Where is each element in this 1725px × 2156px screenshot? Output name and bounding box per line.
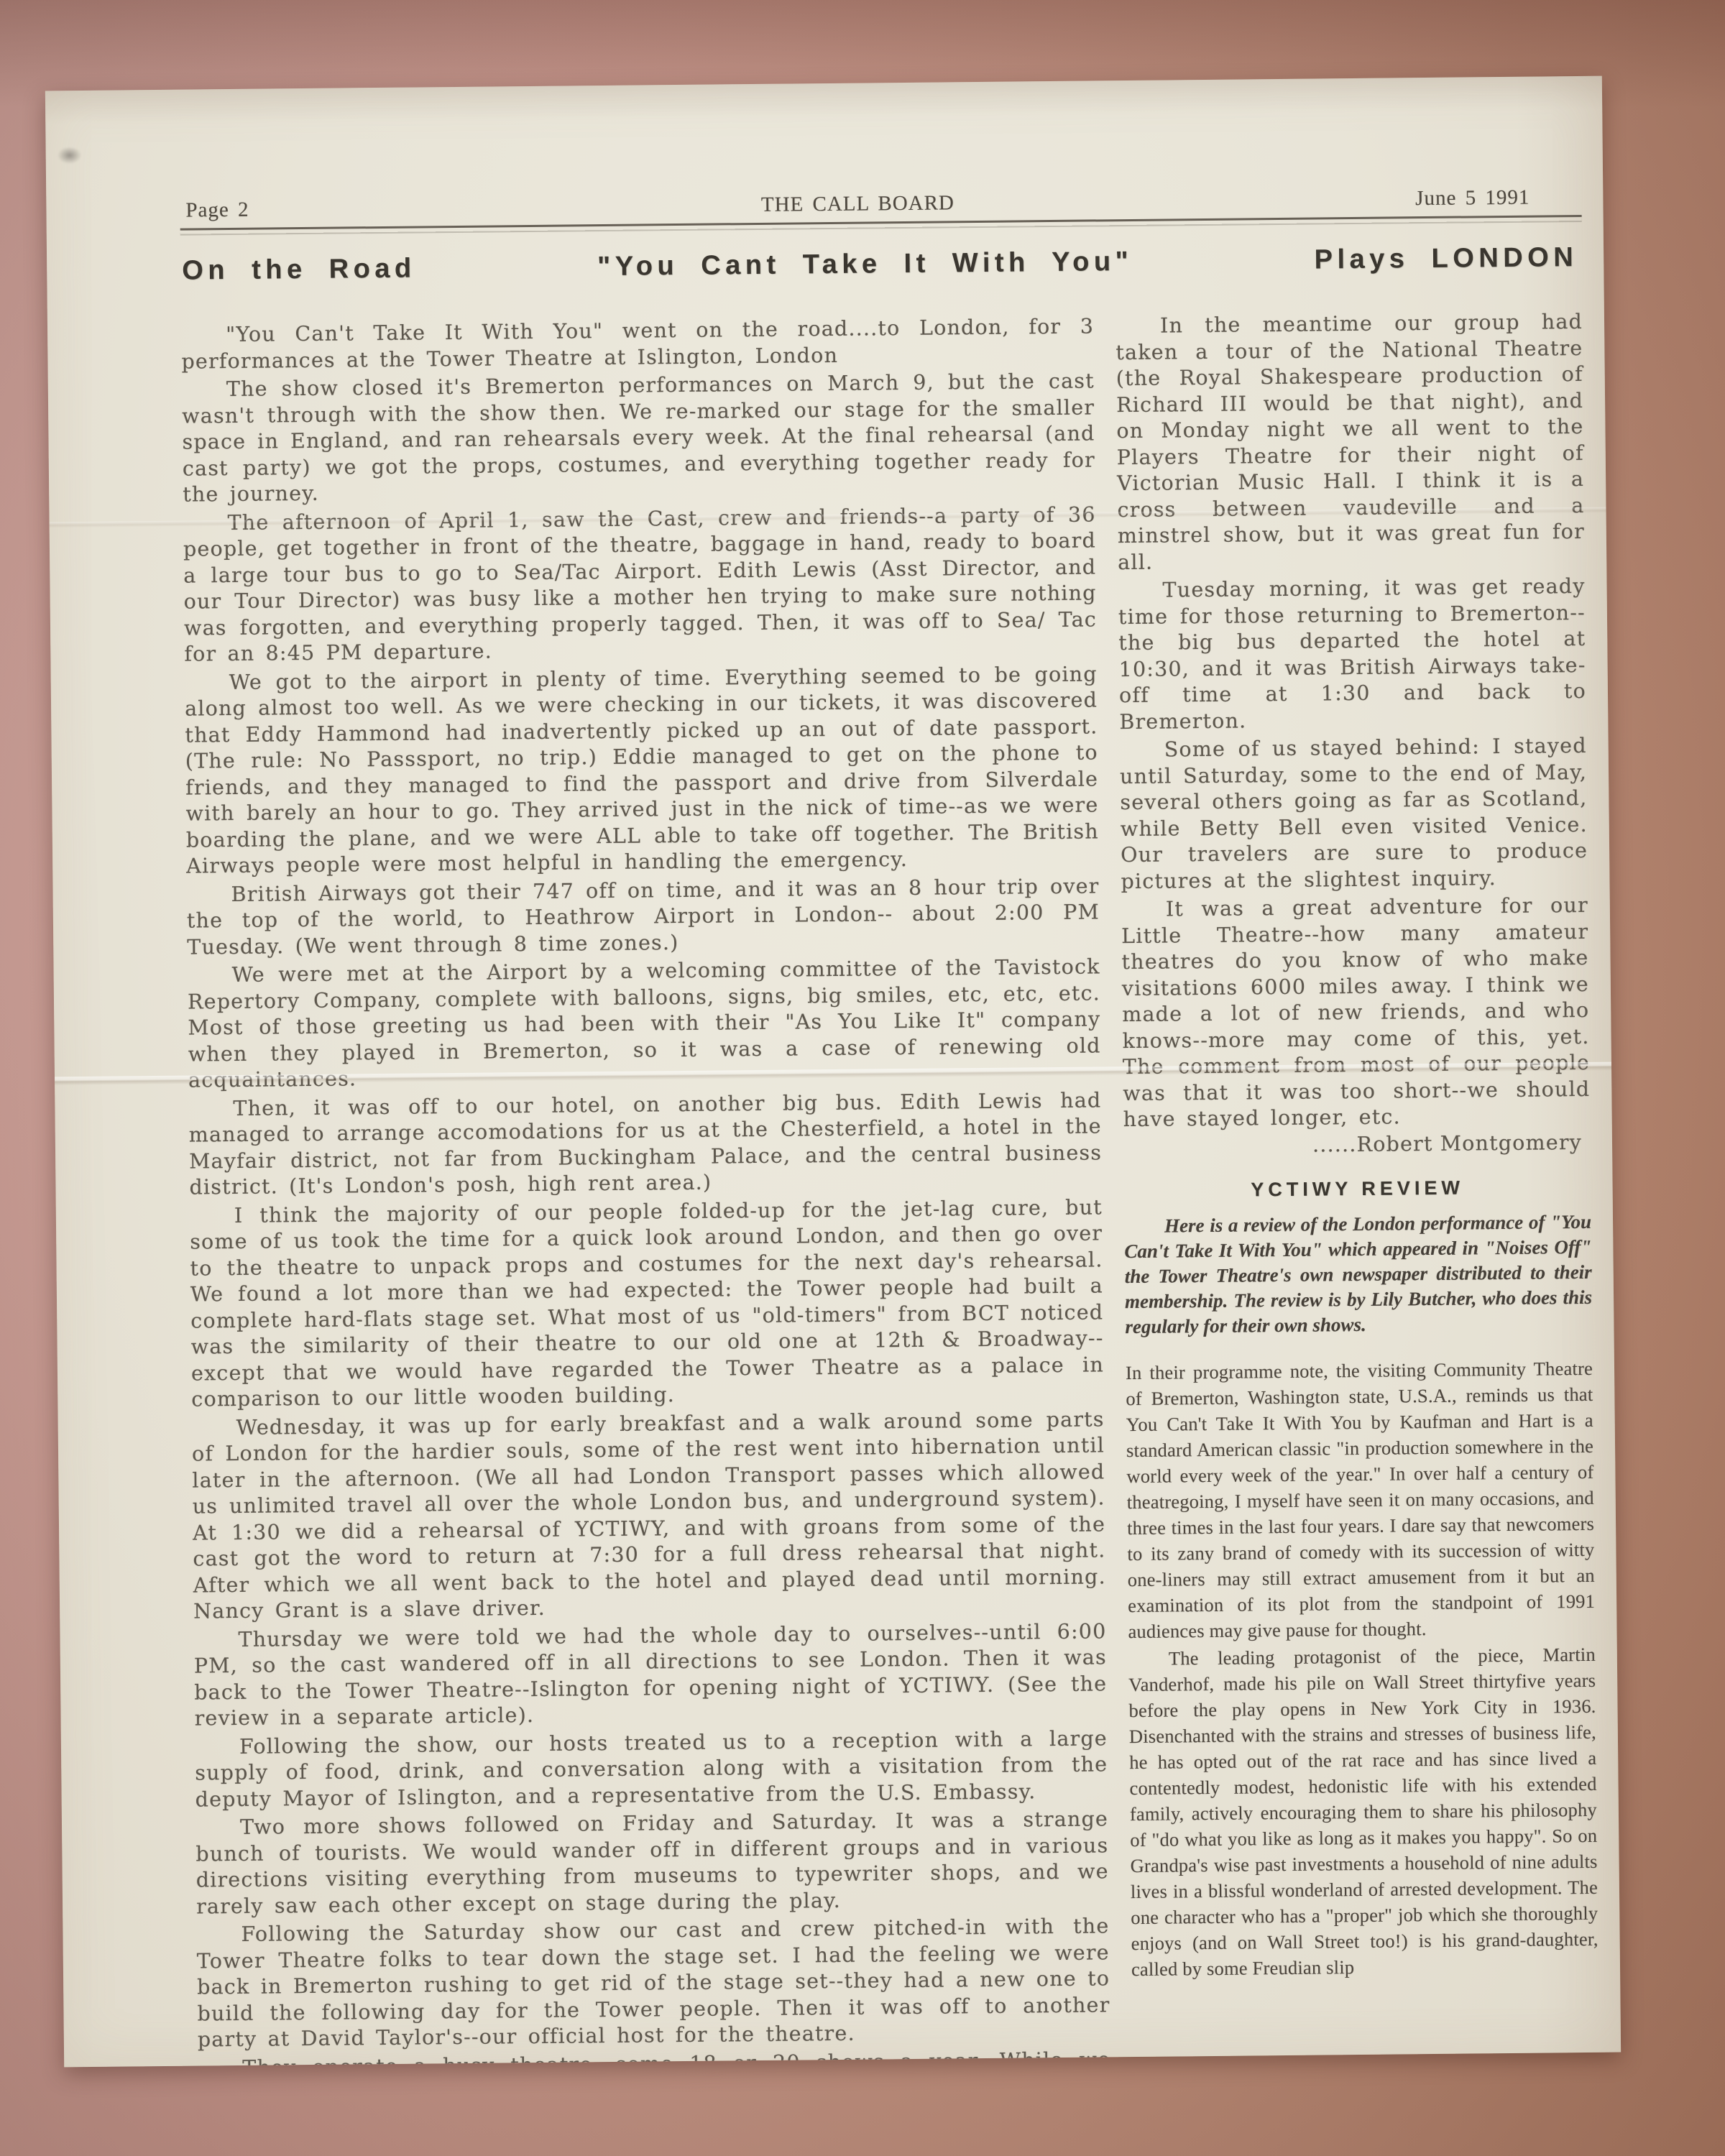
headline-right: Plays LONDON <box>1314 242 1578 276</box>
paragraph: In the meantime our group had taken a to… <box>1115 309 1585 576</box>
review-body: In their programme note, the visiting Co… <box>1126 1355 1598 1981</box>
paragraph: In their programme note, the visiting Co… <box>1126 1355 1596 1644</box>
paragraph: The show closed it's Bremerton performan… <box>182 368 1096 508</box>
article-columns: "You Can't Take It With You" went on the… <box>181 309 1600 2067</box>
paragraph: Wednesday, it was up for early breakfast… <box>192 1406 1107 1625</box>
photo-background: Page 2 THE CALL BOARD June 5 1991 On the… <box>0 0 1725 2156</box>
paragraph: Following the show, our hosts treated us… <box>195 1726 1108 1813</box>
review-intro-note: Here is a review of the London performan… <box>1124 1209 1593 1339</box>
paragraph: It was a great adventure for our Little … <box>1121 893 1591 1133</box>
paragraph: We got to the airport in plenty of time.… <box>185 661 1100 880</box>
paragraph: "You Can't Take It With You" went on the… <box>181 313 1095 374</box>
issue-date: June 5 1991 <box>1123 185 1582 213</box>
article-headline: On the Road "You Cant Take It With You" … <box>182 242 1578 287</box>
paragraph: Following the Saturday show our cast and… <box>196 1913 1110 2053</box>
byline: ......Robert Montgomery <box>1123 1130 1591 1158</box>
article-continuation: In the meantime our group had taken a to… <box>1115 309 1591 1133</box>
headline-left: On the Road <box>182 254 416 287</box>
newsletter-page: Page 2 THE CALL BOARD June 5 1991 On the… <box>45 76 1621 2068</box>
review-heading: YCTIWY REVIEW <box>1123 1175 1591 1202</box>
paragraph: Thursday we were told we had the whole d… <box>193 1618 1107 1732</box>
headline-title: "You Cant Take It With You" <box>597 247 1133 282</box>
article-left-column: "You Can't Take It With You" went on the… <box>181 313 1111 2067</box>
page-content: Page 2 THE CALL BOARD June 5 1991 On the… <box>45 76 1621 2068</box>
paragraph: The leading protagonist of the piece, Ma… <box>1128 1641 1598 1981</box>
paragraph: The afternoon of April 1, saw the Cast, … <box>183 502 1097 668</box>
paragraph: Tuesday morning, it was get ready time f… <box>1118 573 1586 735</box>
paragraph: We were met at the Airport by a welcomin… <box>188 954 1102 1094</box>
paragraph: Some of us stayed behind: I stayed until… <box>1120 733 1588 895</box>
paragraph: British Airways got their 747 off on tim… <box>186 873 1100 961</box>
article-right-column: In the meantime our group had taken a to… <box>1115 309 1601 2067</box>
paragraph: Two more shows followed on Friday and Sa… <box>195 1806 1109 1920</box>
paragraph: Then, it was off to our hotel, on anothe… <box>188 1087 1102 1201</box>
paragraph: I think the majority of our people folde… <box>190 1194 1105 1413</box>
masthead-title: THE CALL BOARD <box>593 190 1123 218</box>
page-number: Page 2 <box>180 195 593 223</box>
